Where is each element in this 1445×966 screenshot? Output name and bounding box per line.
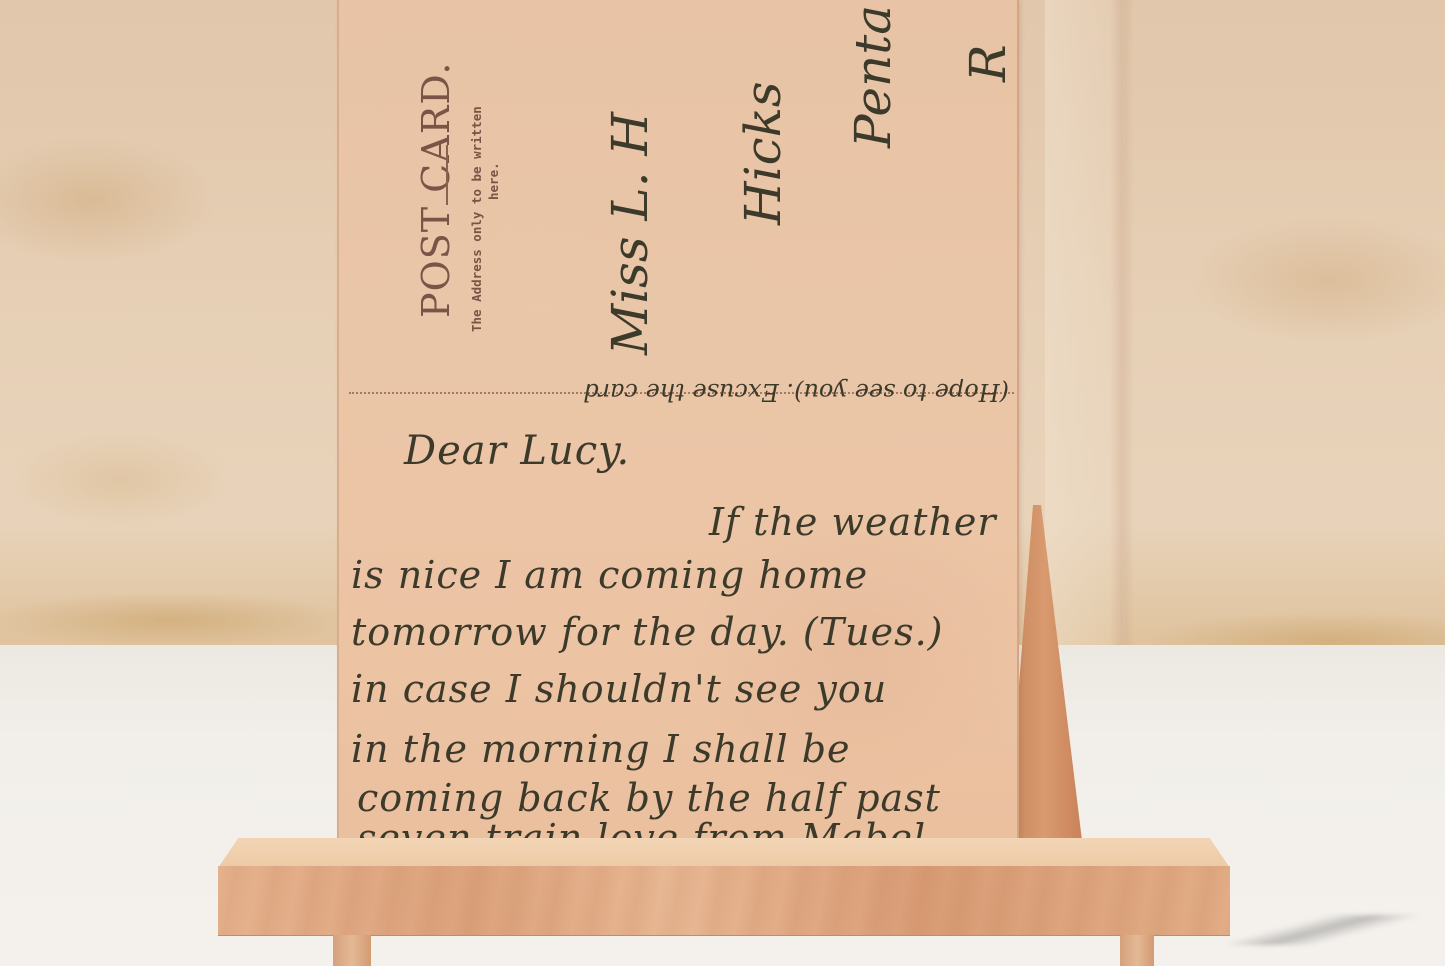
postcard: POST CARD. The Address only to be writte…	[337, 0, 1019, 862]
message-greeting: Dear Lucy.	[404, 428, 630, 474]
message-line: in the morning I shall be	[351, 727, 851, 771]
address-surname: Hicks	[734, 81, 792, 225]
address-instruction-cont: here.	[486, 162, 501, 200]
message-line: is nice I am coming home	[351, 553, 868, 597]
easel-leg-left	[333, 935, 371, 966]
message-line: coming back by the half past	[357, 776, 941, 820]
easel-leg-right	[1120, 935, 1154, 966]
message-line: If the weather	[709, 500, 997, 544]
postcard-title: POST CARD.	[414, 62, 458, 319]
easel-ledge	[218, 866, 1230, 936]
easel-ledge-top	[218, 838, 1230, 868]
title-dash	[446, 145, 448, 205]
message-line: tomorrow for the day. (Tues.)	[351, 610, 943, 654]
table-shadow	[1230, 915, 1445, 945]
address-instruction: The Address only to be written	[469, 106, 484, 332]
backdrop-fold	[1110, 0, 1134, 650]
address-extra: R	[959, 44, 1017, 82]
address-place: Penta	[844, 5, 902, 148]
message-line: in case I shouldn't see you	[351, 667, 887, 711]
upside-down-note: (Hope to see you). Excuse the card	[344, 378, 1009, 406]
address-name: Miss L. H	[601, 112, 659, 355]
